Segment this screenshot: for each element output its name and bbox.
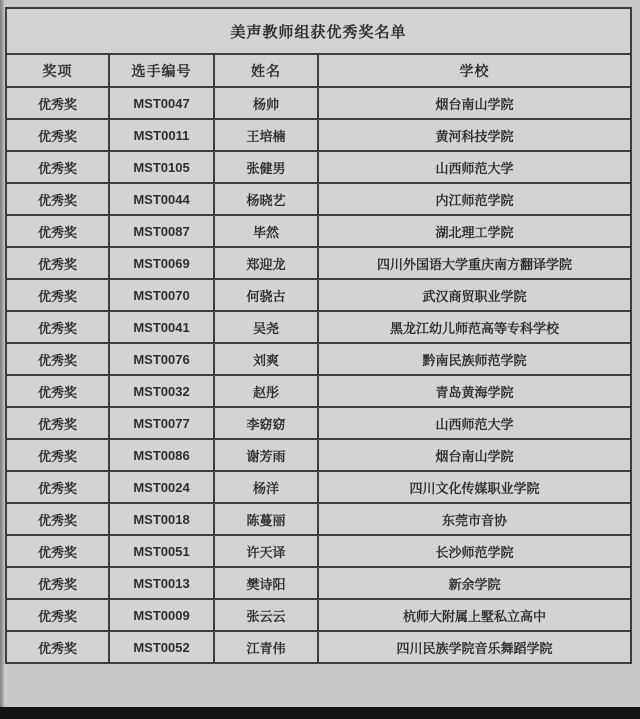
award-cell: 优秀奖 [6, 375, 109, 407]
column-header-award: 奖项 [6, 54, 109, 87]
school-cell: 东莞市音协 [318, 503, 631, 535]
table-row: 优秀奖MST0041吴尧黑龙江幼儿师范高等专科学校 [6, 311, 631, 343]
school-cell: 四川民族学院音乐舞蹈学院 [318, 631, 631, 663]
school-cell: 山西师范大学 [318, 407, 631, 439]
contestant-id-cell: MST0044 [109, 183, 214, 215]
table-row: 优秀奖MST0024杨洋四川文化传媒职业学院 [6, 471, 631, 503]
table-title-row: 美声教师组获优秀奖名单 [6, 8, 631, 54]
contestant-id-cell: MST0018 [109, 503, 214, 535]
table-row: 优秀奖MST0009张云云杭师大附属上墅私立高中 [6, 599, 631, 631]
table-row: 优秀奖MST0069郑迎龙四川外国语大学重庆南方翻译学院 [6, 247, 631, 279]
column-header-name: 姓名 [214, 54, 318, 87]
contestant-id-cell: MST0032 [109, 375, 214, 407]
name-cell: 何骁古 [214, 279, 318, 311]
school-cell: 新余学院 [318, 567, 631, 599]
award-table: 美声教师组获优秀奖名单 奖项选手编号姓名学校 优秀奖MST0047杨帅烟台南山学… [5, 7, 632, 664]
school-cell: 武汉商贸职业学院 [318, 279, 631, 311]
column-header-contestant-id: 选手编号 [109, 54, 214, 87]
table-row: 优秀奖MST0086谢芳雨烟台南山学院 [6, 439, 631, 471]
school-cell: 山西师范大学 [318, 151, 631, 183]
contestant-id-cell: MST0105 [109, 151, 214, 183]
name-cell: 江青伟 [214, 631, 318, 663]
name-cell: 谢芳雨 [214, 439, 318, 471]
award-cell: 优秀奖 [6, 567, 109, 599]
school-cell: 青岛黄海学院 [318, 375, 631, 407]
award-cell: 优秀奖 [6, 87, 109, 119]
table-row: 优秀奖MST0032赵彤青岛黄海学院 [6, 375, 631, 407]
award-cell: 优秀奖 [6, 247, 109, 279]
table-row: 优秀奖MST0013樊诗阳新余学院 [6, 567, 631, 599]
table-row: 优秀奖MST0070何骁古武汉商贸职业学院 [6, 279, 631, 311]
award-cell: 优秀奖 [6, 503, 109, 535]
name-cell: 许天译 [214, 535, 318, 567]
contestant-id-cell: MST0070 [109, 279, 214, 311]
award-cell: 优秀奖 [6, 215, 109, 247]
contestant-id-cell: MST0086 [109, 439, 214, 471]
name-cell: 吴尧 [214, 311, 318, 343]
award-cell: 优秀奖 [6, 631, 109, 663]
table-row: 优秀奖MST0051许天译长沙师范学院 [6, 535, 631, 567]
name-cell: 刘爽 [214, 343, 318, 375]
award-cell: 优秀奖 [6, 471, 109, 503]
school-cell: 杭师大附属上墅私立高中 [318, 599, 631, 631]
name-cell: 杨洋 [214, 471, 318, 503]
contestant-id-cell: MST0011 [109, 119, 214, 151]
award-cell: 优秀奖 [6, 599, 109, 631]
award-cell: 优秀奖 [6, 439, 109, 471]
contestant-id-cell: MST0047 [109, 87, 214, 119]
school-cell: 内江师范学院 [318, 183, 631, 215]
scan-edge-shadow [0, 0, 4, 707]
contestant-id-cell: MST0077 [109, 407, 214, 439]
contestant-id-cell: MST0013 [109, 567, 214, 599]
name-cell: 陈蔓丽 [214, 503, 318, 535]
school-cell: 黑龙江幼儿师范高等专科学校 [318, 311, 631, 343]
scanned-page: 美声教师组获优秀奖名单 奖项选手编号姓名学校 优秀奖MST0047杨帅烟台南山学… [5, 7, 630, 664]
table-row: 优秀奖MST0044杨晓艺内江师范学院 [6, 183, 631, 215]
column-header-school: 学校 [318, 54, 631, 87]
contestant-id-cell: MST0051 [109, 535, 214, 567]
name-cell: 杨晓艺 [214, 183, 318, 215]
name-cell: 毕然 [214, 215, 318, 247]
name-cell: 李窈窈 [214, 407, 318, 439]
school-cell: 长沙师范学院 [318, 535, 631, 567]
award-cell: 优秀奖 [6, 279, 109, 311]
contestant-id-cell: MST0009 [109, 599, 214, 631]
table-row: 优秀奖MST0011王培楠黄河科技学院 [6, 119, 631, 151]
table-row: 优秀奖MST0076刘爽黔南民族师范学院 [6, 343, 631, 375]
award-cell: 优秀奖 [6, 151, 109, 183]
table-row: 优秀奖MST0052江青伟四川民族学院音乐舞蹈学院 [6, 631, 631, 663]
table-row: 优秀奖MST0018陈蔓丽东莞市音协 [6, 503, 631, 535]
table-header-row: 奖项选手编号姓名学校 [6, 54, 631, 87]
table-row: 优秀奖MST0077李窈窈山西师范大学 [6, 407, 631, 439]
award-cell: 优秀奖 [6, 407, 109, 439]
table-row: 优秀奖MST0105张健男山西师范大学 [6, 151, 631, 183]
table-body: 优秀奖MST0047杨帅烟台南山学院优秀奖MST0011王培楠黄河科技学院优秀奖… [6, 87, 631, 663]
award-cell: 优秀奖 [6, 183, 109, 215]
school-cell: 四川文化传媒职业学院 [318, 471, 631, 503]
contestant-id-cell: MST0052 [109, 631, 214, 663]
school-cell: 烟台南山学院 [318, 87, 631, 119]
name-cell: 赵彤 [214, 375, 318, 407]
school-cell: 四川外国语大学重庆南方翻译学院 [318, 247, 631, 279]
school-cell: 黔南民族师范学院 [318, 343, 631, 375]
award-cell: 优秀奖 [6, 311, 109, 343]
name-cell: 杨帅 [214, 87, 318, 119]
contestant-id-cell: MST0087 [109, 215, 214, 247]
contestant-id-cell: MST0076 [109, 343, 214, 375]
table-title: 美声教师组获优秀奖名单 [6, 8, 631, 54]
award-cell: 优秀奖 [6, 343, 109, 375]
name-cell: 樊诗阳 [214, 567, 318, 599]
award-cell: 优秀奖 [6, 119, 109, 151]
table-row: 优秀奖MST0047杨帅烟台南山学院 [6, 87, 631, 119]
contestant-id-cell: MST0069 [109, 247, 214, 279]
contestant-id-cell: MST0041 [109, 311, 214, 343]
table-row: 优秀奖MST0087毕然湖北理工学院 [6, 215, 631, 247]
school-cell: 黄河科技学院 [318, 119, 631, 151]
name-cell: 张健男 [214, 151, 318, 183]
name-cell: 张云云 [214, 599, 318, 631]
school-cell: 湖北理工学院 [318, 215, 631, 247]
school-cell: 烟台南山学院 [318, 439, 631, 471]
name-cell: 王培楠 [214, 119, 318, 151]
award-cell: 优秀奖 [6, 535, 109, 567]
bottom-black-bar [0, 707, 640, 719]
name-cell: 郑迎龙 [214, 247, 318, 279]
contestant-id-cell: MST0024 [109, 471, 214, 503]
